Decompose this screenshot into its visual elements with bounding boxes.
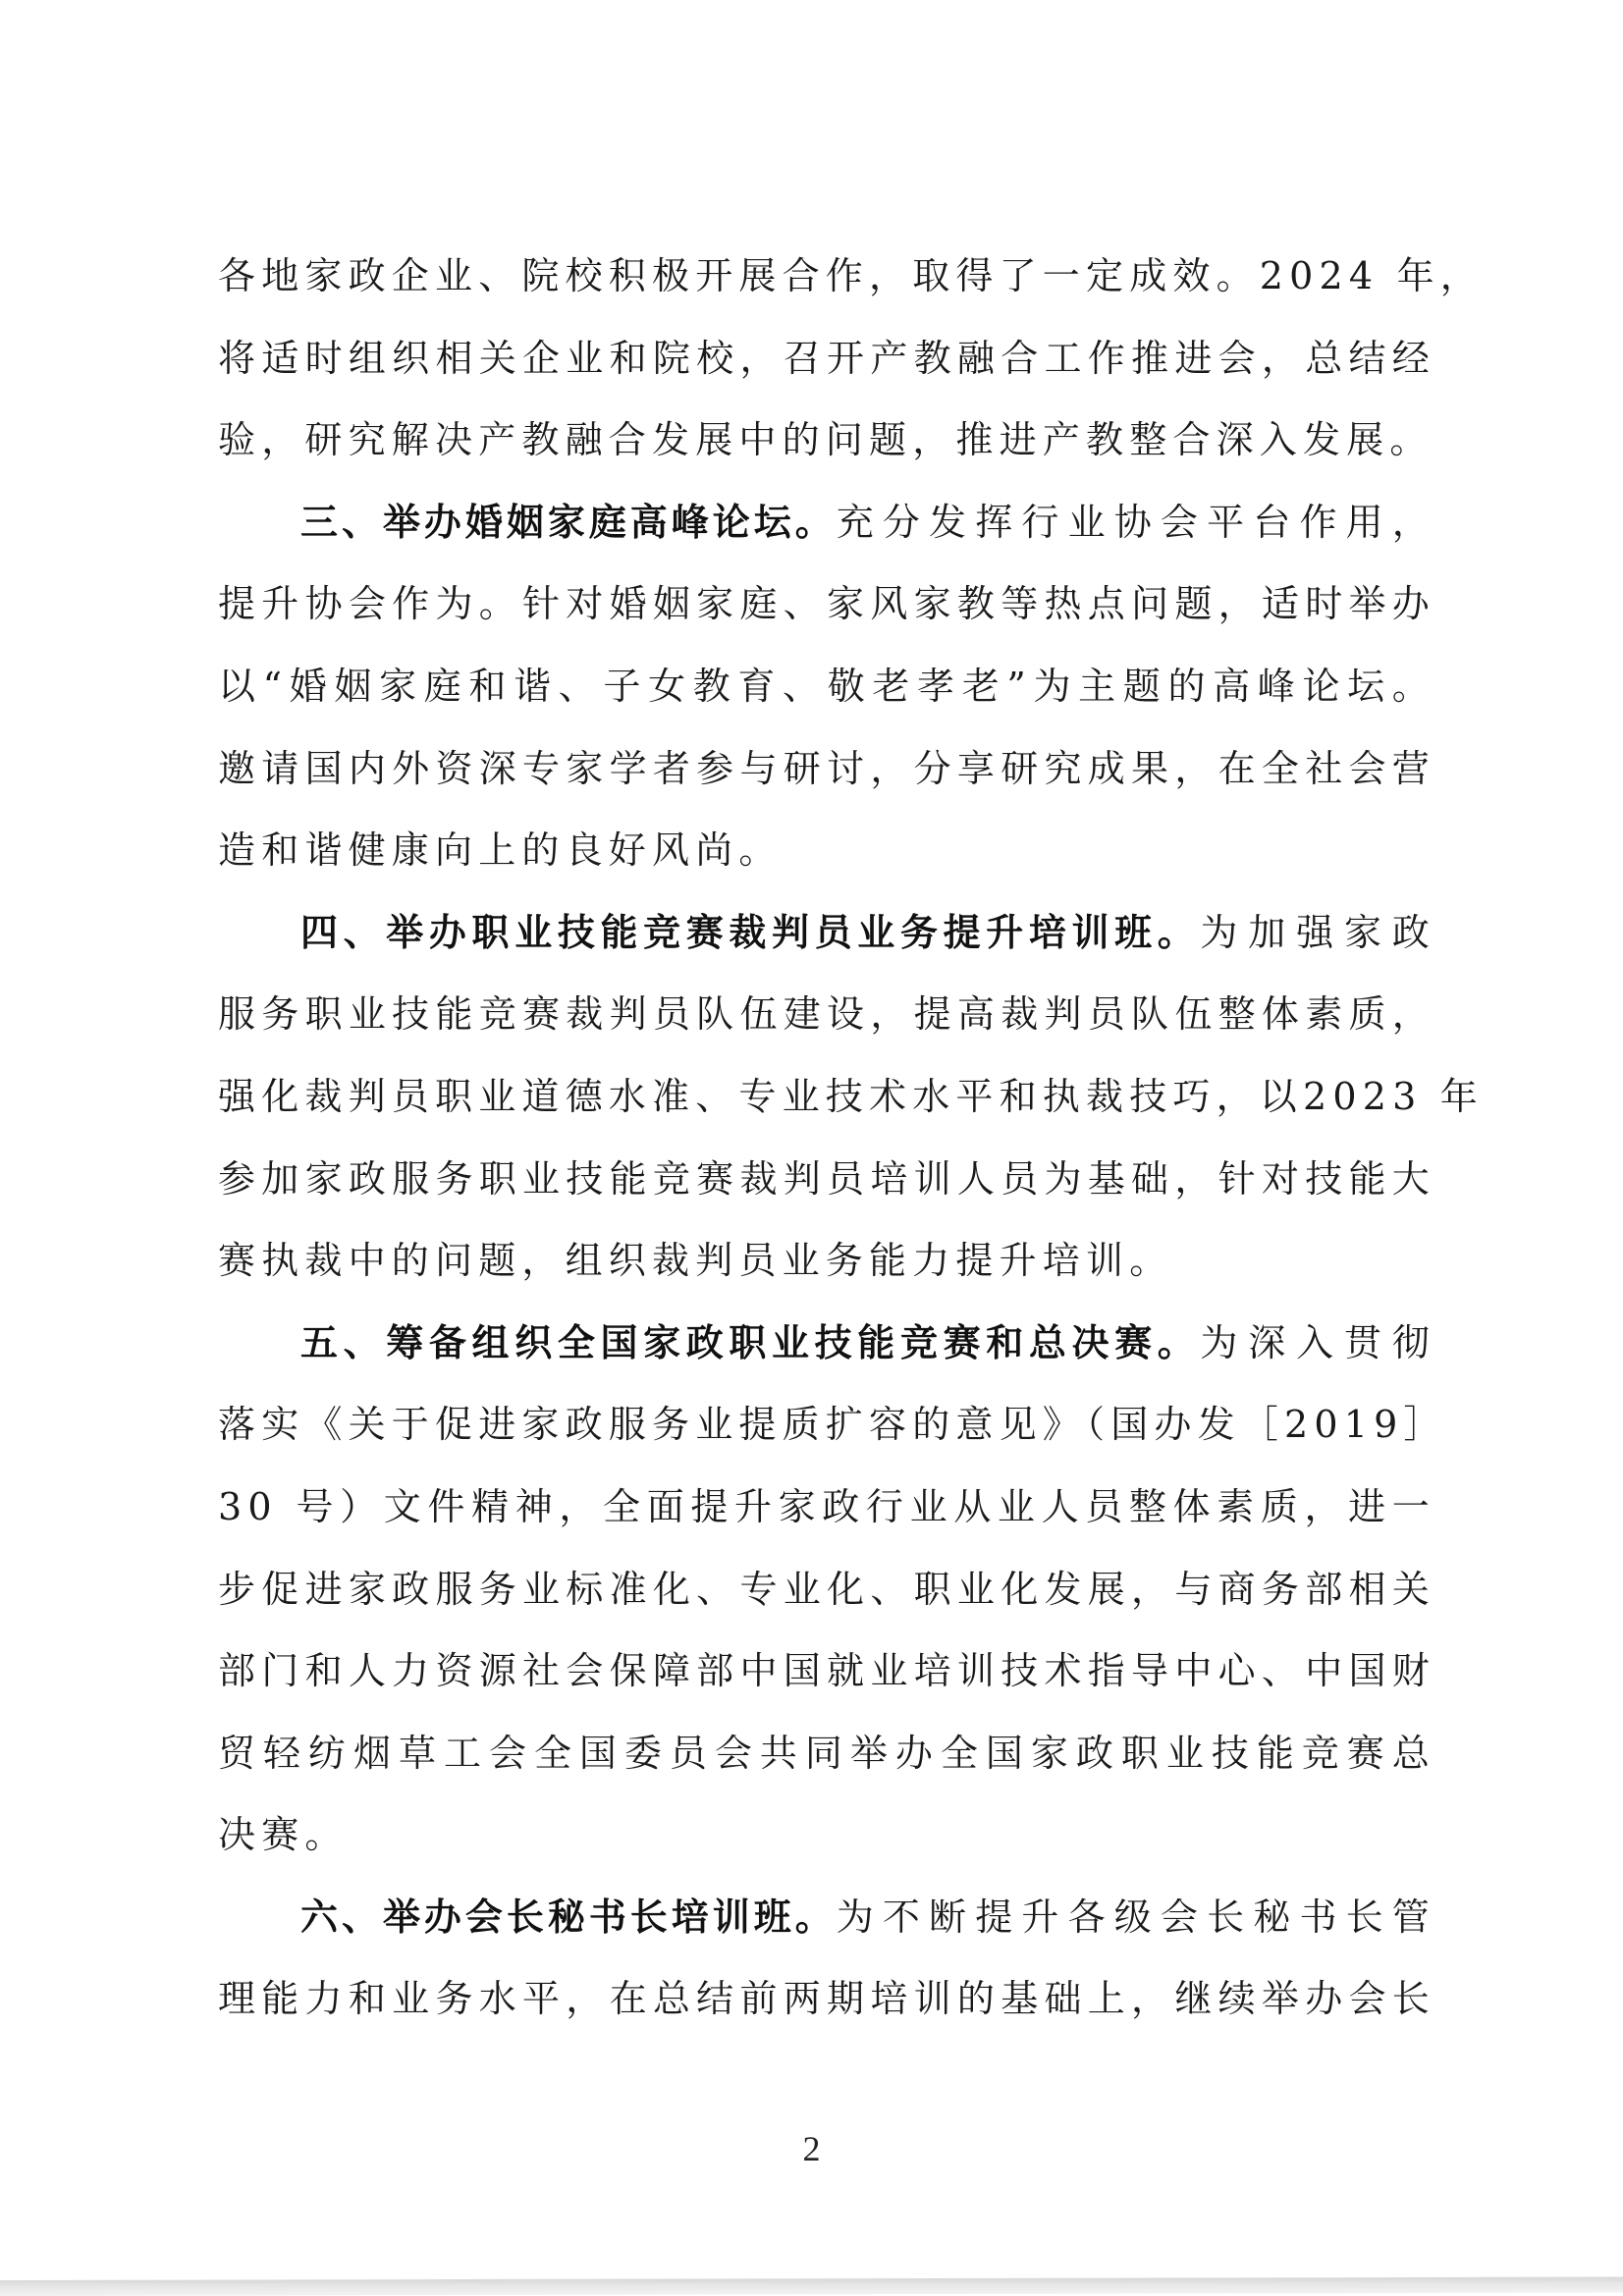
text-line: 造和谐健康向上的良好风尚。 — [218, 810, 1435, 892]
document-body: 各地家政企业、院校积极开展合作，取得了一定成效。2024 年， 将适时组织相关企… — [218, 236, 1435, 2041]
text-span: 为深入贯彻 — [1200, 1321, 1435, 1364]
page-number: 2 — [0, 2128, 1623, 2169]
text-span: 为不断提升各级会长秘书长管 — [837, 1896, 1435, 1939]
section-heading: 三、举办婚姻家庭高峰论坛。 — [300, 501, 837, 544]
text-line: 30 号）文件精神，全面提升家政行业从业人员整体素质，进一 — [218, 1467, 1435, 1549]
text-line: 各地家政企业、院校积极开展合作，取得了一定成效。2024 年， — [218, 236, 1435, 318]
text-line: 验，研究解决产教融合发展中的问题，推进产教整合深入发展。 — [218, 400, 1435, 482]
text-line: 决赛。 — [218, 1794, 1435, 1877]
paragraph-section-4: 四、举办职业技能竞赛裁判员业务提升培训班。为加强家政 服务职业技能竞赛裁判员队伍… — [218, 892, 1435, 1303]
paragraph-continuation: 各地家政企业、院校积极开展合作，取得了一定成效。2024 年， 将适时组织相关企… — [218, 236, 1435, 482]
paragraph-section-3: 三、举办婚姻家庭高峰论坛。充分发挥行业协会平台作用， 提升协会作为。针对婚姻家庭… — [218, 482, 1435, 892]
text-line: 六、举办会长秘书长培训班。为不断提升各级会长秘书长管 — [218, 1877, 1435, 1959]
text-line: 参加家政服务职业技能竞赛裁判员培训人员为基础，针对技能大 — [218, 1139, 1435, 1221]
paragraph-section-6: 六、举办会长秘书长培训班。为不断提升各级会长秘书长管 理能力和业务水平，在总结前… — [218, 1877, 1435, 2041]
section-heading: 四、举办职业技能竞赛裁判员业务提升培训班。 — [300, 911, 1200, 954]
text-line: 步促进家政服务业标准化、专业化、职业化发展，与商务部相关 — [218, 1549, 1435, 1631]
text-line: 四、举办职业技能竞赛裁判员业务提升培训班。为加强家政 — [218, 892, 1435, 975]
text-line: 落实《关于促进家政服务业提质扩容的意见》（国办发［2019］ — [218, 1384, 1435, 1467]
section-heading: 五、筹备组织全国家政职业技能竞赛和总决赛。 — [300, 1321, 1200, 1364]
text-line: 强化裁判员职业道德水准、专业技术水平和执裁技巧，以2023 年 — [218, 1056, 1435, 1139]
text-line: 部门和人力资源社会保障部中国就业培训技术指导中心、中国财 — [218, 1630, 1435, 1713]
paragraph-section-5: 五、筹备组织全国家政职业技能竞赛和总决赛。为深入贯彻 落实《关于促进家政服务业提… — [218, 1303, 1435, 1877]
text-line: 贸轻纺烟草工会全国委员会共同举办全国家政职业技能竞赛总 — [218, 1713, 1435, 1795]
text-line: 赛执裁中的问题，组织裁判员业务能力提升培训。 — [218, 1220, 1435, 1303]
text-line: 三、举办婚姻家庭高峰论坛。充分发挥行业协会平台作用， — [218, 482, 1435, 564]
text-line: 邀请国内外资深专家学者参与研讨，分享研究成果，在全社会营 — [218, 728, 1435, 811]
document-page: 各地家政企业、院校积极开展合作，取得了一定成效。2024 年， 将适时组织相关企… — [0, 0, 1623, 2296]
text-line: 理能力和业务水平，在总结前两期培训的基础上，继续举办会长 — [218, 1958, 1435, 2041]
section-heading: 六、举办会长秘书长培训班。 — [300, 1896, 837, 1939]
text-line: 服务职业技能竞赛裁判员队伍建设，提高裁判员队伍整体素质， — [218, 974, 1435, 1056]
text-line: 五、筹备组织全国家政职业技能竞赛和总决赛。为深入贯彻 — [218, 1303, 1435, 1385]
text-line: 以“婚姻家庭和谐、子女教育、敬老孝老”为主题的高峰论坛。 — [218, 646, 1435, 728]
text-span: 为加强家政 — [1200, 911, 1435, 954]
scan-edge-divider — [0, 2277, 1623, 2296]
text-line: 提升协会作为。针对婚姻家庭、家风家教等热点问题，适时举办 — [218, 563, 1435, 646]
text-line: 将适时组织相关企业和院校，召开产教融合工作推进会，总结经 — [218, 318, 1435, 400]
text-span: 充分发挥行业协会平台作用， — [837, 501, 1435, 544]
